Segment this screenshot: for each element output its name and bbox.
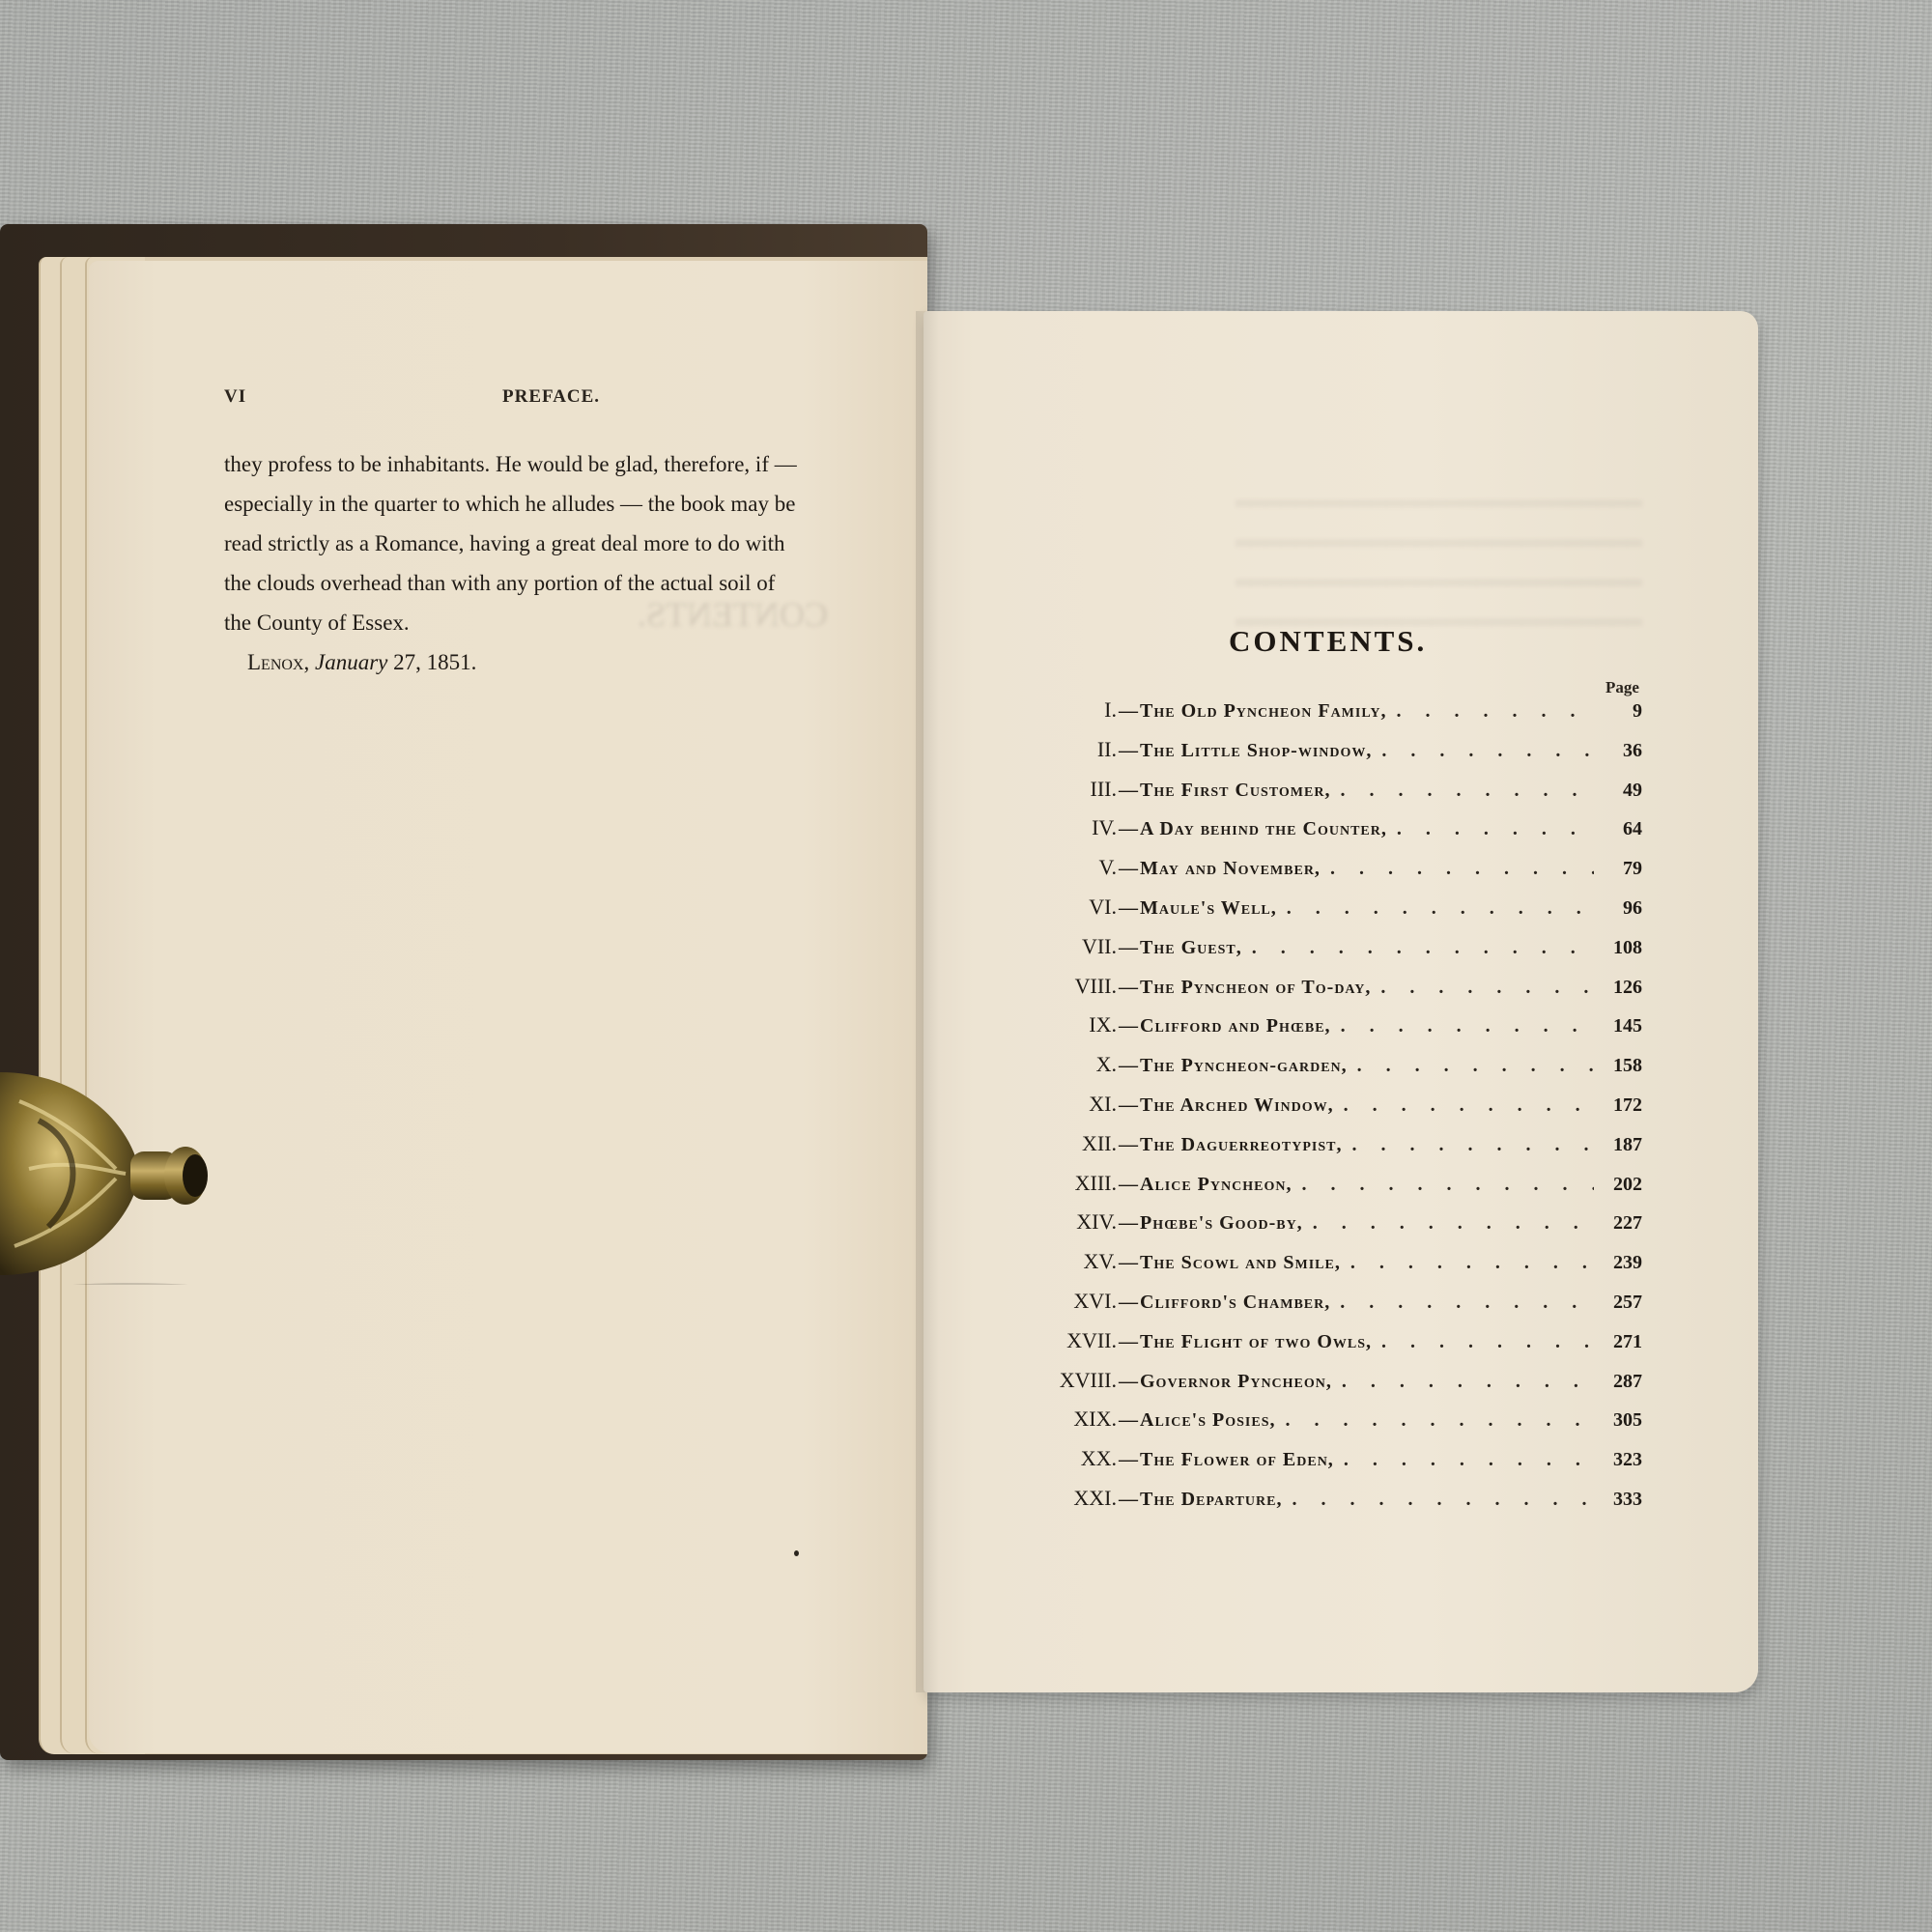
chapter-number: IX. <box>1005 1012 1117 1037</box>
chapter-number: II. <box>1005 737 1117 762</box>
chapter-page: 9 <box>1594 700 1642 723</box>
dot-leader: . . . . . . . . . . . . . . . . . . . . … <box>1334 1449 1594 1471</box>
dot-leader: . . . . . . . . . . . . . . . . . . . . … <box>1387 818 1594 840</box>
preface-text: they profess to be inhabitants. He would… <box>224 444 871 682</box>
chapter-title: Alice's Posies, <box>1140 1409 1276 1432</box>
toc-entry: IV.—A Day behind the Counter,. . . . . .… <box>1005 815 1642 855</box>
dash: — <box>1117 1134 1140 1156</box>
page-column-label: Page <box>1605 678 1639 697</box>
page-number: VI <box>224 386 246 408</box>
chapter-number: XI. <box>1005 1092 1117 1117</box>
toc-entry: VII.—The Guest,. . . . . . . . . . . . .… <box>1005 934 1642 974</box>
ink-speck <box>794 1550 799 1556</box>
toc-entry: VIII.—The Pyncheon of To-day,. . . . . .… <box>1005 974 1642 1013</box>
signoff: Lenox, January 27, 1851. <box>224 642 871 682</box>
chapter-title: The Flower of Eden, <box>1140 1449 1334 1471</box>
chapter-number: I. <box>1005 697 1117 723</box>
signoff-month: January <box>315 650 387 674</box>
dot-leader: . . . . . . . . . . . . . . . . . . . . … <box>1334 1094 1594 1117</box>
toc-entry: XVIII.—Governor Pyncheon,. . . . . . . .… <box>1005 1368 1642 1407</box>
table-of-contents: I.—The Old Pyncheon Family,. . . . . . .… <box>1005 697 1642 1525</box>
dash: — <box>1117 1371 1140 1393</box>
chapter-title: The Pyncheon of To-day, <box>1140 977 1371 999</box>
toc-entry: XXI.—The Departure,. . . . . . . . . . .… <box>1005 1486 1642 1525</box>
dot-leader: . . . . . . . . . . . . . . . . . . . . … <box>1330 1292 1594 1314</box>
text-line: read strictly as a Romance, having a gre… <box>224 524 871 563</box>
chapter-page: 158 <box>1594 1055 1642 1077</box>
dot-leader: . . . . . . . . . . . . . . . . . . . . … <box>1348 1055 1594 1077</box>
chapter-page: 187 <box>1594 1134 1642 1156</box>
dot-leader: . . . . . . . . . . . . . . . . . . . . … <box>1372 1331 1594 1353</box>
dash: — <box>1117 1094 1140 1117</box>
toc-entry: XV.—The Scowl and Smile,. . . . . . . . … <box>1005 1249 1642 1289</box>
dash: — <box>1117 858 1140 880</box>
chapter-page: 49 <box>1594 780 1642 802</box>
book-gutter <box>916 311 939 1692</box>
dash: — <box>1117 700 1140 723</box>
toc-entry: II.—The Little Shop-window,. . . . . . .… <box>1005 737 1642 777</box>
text-line: the clouds overhead than with any portio… <box>224 563 871 603</box>
signoff-place: Lenox, <box>247 650 309 674</box>
chapter-title: Clifford and Phœbe, <box>1140 1015 1331 1037</box>
chapter-title: Governor Pyncheon, <box>1140 1371 1332 1393</box>
chapter-title: The Scowl and Smile, <box>1140 1252 1341 1274</box>
chapter-number: VIII. <box>1005 974 1117 999</box>
chapter-number: XIII. <box>1005 1171 1117 1196</box>
dot-leader: . . . . . . . . . . . . . . . . . . . . … <box>1292 1174 1594 1196</box>
dot-leader: . . . . . . . . . . . . . . . . . . . . … <box>1371 977 1594 999</box>
chapter-page: 287 <box>1594 1371 1642 1393</box>
chapter-title: The Flight of two Owls, <box>1140 1331 1372 1353</box>
dot-leader: . . . . . . . . . . . . . . . . . . . . … <box>1242 937 1594 959</box>
chapter-title: Clifford's Chamber, <box>1140 1292 1330 1314</box>
dash: — <box>1117 1331 1140 1353</box>
chapter-page: 227 <box>1594 1212 1642 1235</box>
chapter-page: 145 <box>1594 1015 1642 1037</box>
chapter-page: 333 <box>1594 1489 1642 1511</box>
chapter-number: X. <box>1005 1052 1117 1077</box>
dot-leader: . . . . . . . . . . . . . . . . . . . . … <box>1341 1252 1594 1274</box>
chapter-number: XIX. <box>1005 1406 1117 1432</box>
chapter-page: 202 <box>1594 1174 1642 1196</box>
dot-leader: . . . . . . . . . . . . . . . . . . . . … <box>1276 1409 1595 1432</box>
toc-entry: XIX.—Alice's Posies,. . . . . . . . . . … <box>1005 1406 1642 1446</box>
chapter-title: The Little Shop-window, <box>1140 740 1372 762</box>
chapter-number: XIV. <box>1005 1209 1117 1235</box>
chapter-page: 108 <box>1594 937 1642 959</box>
dash: — <box>1117 1489 1140 1511</box>
chapter-number: VI. <box>1005 895 1117 920</box>
chapter-title: May and November, <box>1140 858 1321 880</box>
chapter-title: The Departure, <box>1140 1489 1283 1511</box>
text-line: they profess to be inhabitants. He would… <box>224 444 871 484</box>
chapter-number: VII. <box>1005 934 1117 959</box>
dash: — <box>1117 1252 1140 1274</box>
chapter-number: XX. <box>1005 1446 1117 1471</box>
chapter-title: Phœbe's Good-by, <box>1140 1212 1303 1235</box>
dot-leader: . . . . . . . . . . . . . . . . . . . . … <box>1277 897 1594 920</box>
dash: — <box>1117 1055 1140 1077</box>
chapter-number: XVIII. <box>1005 1368 1117 1393</box>
contents-title: CONTENTS. <box>1229 624 1427 659</box>
chapter-title: A Day behind the Counter, <box>1140 818 1387 840</box>
chapter-number: V. <box>1005 855 1117 880</box>
toc-entry: XIII.—Alice Pyncheon,. . . . . . . . . .… <box>1005 1171 1642 1210</box>
chapter-title: The Old Pyncheon Family, <box>1140 700 1387 723</box>
chapter-page: 64 <box>1594 818 1642 840</box>
show-through-text: ════════════════════════════════════════… <box>1024 483 1642 641</box>
chapter-number: XV. <box>1005 1249 1117 1274</box>
chapter-number: XVII. <box>1005 1328 1117 1353</box>
chapter-title: The Pyncheon-garden, <box>1140 1055 1348 1077</box>
toc-entry: XII.—The Daguerreotypist,. . . . . . . .… <box>1005 1131 1642 1171</box>
chapter-number: IV. <box>1005 815 1117 840</box>
chapter-title: The Arched Window, <box>1140 1094 1334 1117</box>
dash: — <box>1117 780 1140 802</box>
text-line: especially in the quarter to which he al… <box>224 484 871 524</box>
dash: — <box>1117 1015 1140 1037</box>
toc-entry: XVII.—The Flight of two Owls,. . . . . .… <box>1005 1328 1642 1368</box>
chapter-page: 323 <box>1594 1449 1642 1471</box>
dot-leader: . . . . . . . . . . . . . . . . . . . . … <box>1330 780 1594 802</box>
dash: — <box>1117 937 1140 959</box>
dash: — <box>1117 897 1140 920</box>
toc-entry: X.—The Pyncheon-garden,. . . . . . . . .… <box>1005 1052 1642 1092</box>
chapter-page: 79 <box>1594 858 1642 880</box>
chapter-title: Alice Pyncheon, <box>1140 1174 1292 1196</box>
dash: — <box>1117 977 1140 999</box>
dash: — <box>1117 1292 1140 1314</box>
text-line: the County of Essex. <box>224 603 871 642</box>
chapter-page: 126 <box>1594 977 1642 999</box>
dot-leader: . . . . . . . . . . . . . . . . . . . . … <box>1387 700 1595 723</box>
chapter-title: The First Customer, <box>1140 780 1330 802</box>
dot-leader: . . . . . . . . . . . . . . . . . . . . … <box>1332 1371 1594 1393</box>
dash: — <box>1117 1449 1140 1471</box>
toc-entry: V.—May and November,. . . . . . . . . . … <box>1005 855 1642 895</box>
chapter-page: 271 <box>1594 1331 1642 1353</box>
chapter-number: XVI. <box>1005 1289 1117 1314</box>
chapter-page: 172 <box>1594 1094 1642 1117</box>
toc-entry: XI.—The Arched Window,. . . . . . . . . … <box>1005 1092 1642 1131</box>
dot-leader: . . . . . . . . . . . . . . . . . . . . … <box>1342 1134 1594 1156</box>
brass-paperweight-icon <box>0 1063 251 1285</box>
toc-entry: XX.—The Flower of Eden,. . . . . . . . .… <box>1005 1446 1642 1486</box>
chapter-number: XII. <box>1005 1131 1117 1156</box>
chapter-number: III. <box>1005 777 1117 802</box>
toc-entry: I.—The Old Pyncheon Family,. . . . . . .… <box>1005 697 1642 737</box>
toc-entry: XVI.—Clifford's Chamber,. . . . . . . . … <box>1005 1289 1642 1328</box>
chapter-page: 305 <box>1594 1409 1642 1432</box>
signoff-date: 27, 1851. <box>393 650 476 674</box>
chapter-page: 36 <box>1594 740 1642 762</box>
chapter-number: XXI. <box>1005 1486 1117 1511</box>
chapter-page: 257 <box>1594 1292 1642 1314</box>
running-head: PREFACE. <box>502 386 600 408</box>
toc-entry: VI.—Maule's Well,. . . . . . . . . . . .… <box>1005 895 1642 934</box>
chapter-title: Maule's Well, <box>1140 897 1277 920</box>
dot-leader: . . . . . . . . . . . . . . . . . . . . … <box>1321 858 1594 880</box>
dash: — <box>1117 1409 1140 1432</box>
chapter-title: The Daguerreotypist, <box>1140 1134 1342 1156</box>
dash: — <box>1117 818 1140 840</box>
dot-leader: . . . . . . . . . . . . . . . . . . . . … <box>1372 740 1594 762</box>
chapter-title: The Guest, <box>1140 937 1242 959</box>
dot-leader: . . . . . . . . . . . . . . . . . . . . … <box>1303 1212 1594 1235</box>
dash: — <box>1117 740 1140 762</box>
dash: — <box>1117 1212 1140 1235</box>
toc-entry: III.—The First Customer,. . . . . . . . … <box>1005 777 1642 816</box>
chapter-page: 239 <box>1594 1252 1642 1274</box>
dot-leader: . . . . . . . . . . . . . . . . . . . . … <box>1331 1015 1594 1037</box>
dot-leader: . . . . . . . . . . . . . . . . . . . . … <box>1283 1489 1595 1511</box>
dash: — <box>1117 1174 1140 1196</box>
chapter-page: 96 <box>1594 897 1642 920</box>
toc-entry: XIV.—Phœbe's Good-by,. . . . . . . . . .… <box>1005 1209 1642 1249</box>
toc-entry: IX.—Clifford and Phœbe,. . . . . . . . .… <box>1005 1012 1642 1052</box>
